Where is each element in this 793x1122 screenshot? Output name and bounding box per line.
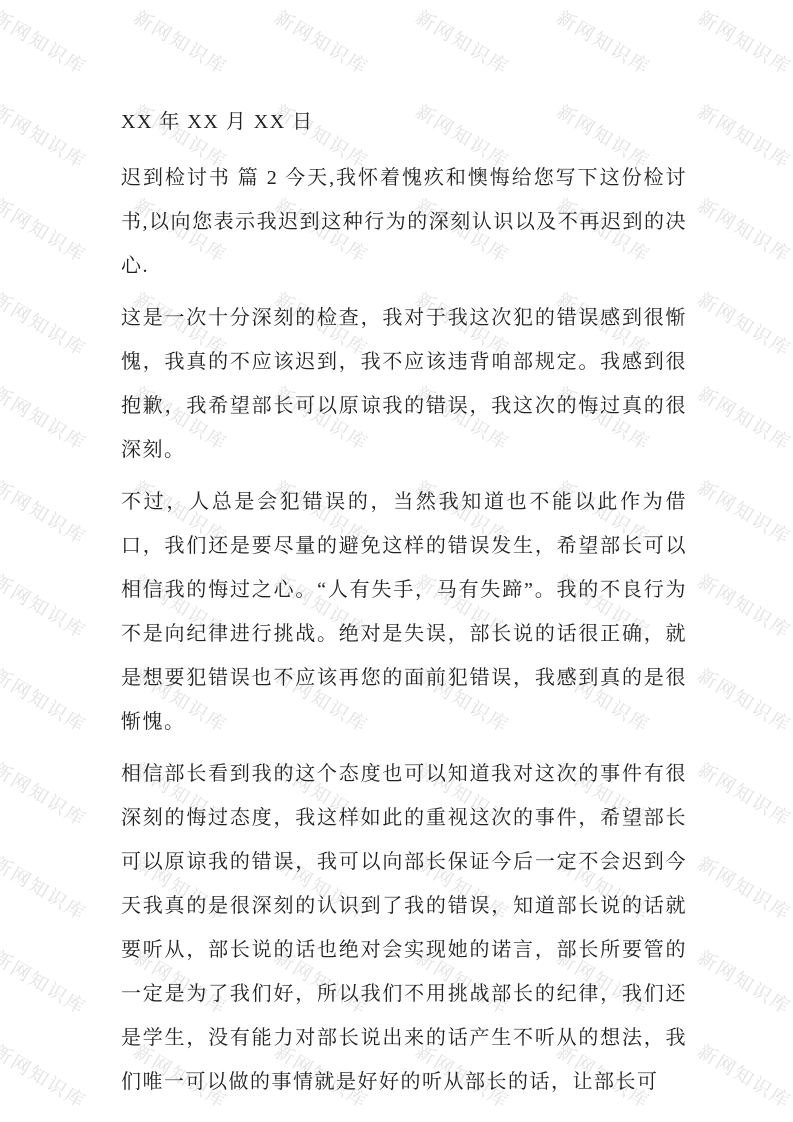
paragraph-promise: 相信部长看到我的这个态度也可以知道我对这次的事件有很深刻的悔过态度，我这样如此的… [121,752,687,1104]
watermark-text: 新网知识库 [0,473,92,550]
watermark-text: 新网知识库 [552,3,656,80]
watermark-text: 新网知识库 [0,191,92,268]
watermark-text: 新网知识库 [411,3,515,80]
paragraph-reflection: 不过，人总是会犯错误的，当然我知道也不能以此作为借口，我们还是要尽量的避免这样的… [121,480,687,744]
watermark-text: 新网知识库 [129,3,233,80]
date-line: XX 年 XX 月 XX 日 [121,100,687,144]
watermark-text: 新网知识库 [0,3,92,80]
paragraph-intro: 迟到检讨书 篇 2 今天,我怀着愧疚和懊悔给您写下这份检讨书,以向您表示我迟到这… [121,156,687,288]
watermark-text: 新网知识库 [693,661,793,738]
watermark-text: 新网知识库 [693,943,793,1020]
watermark-text: 新网知识库 [693,473,793,550]
watermark-text: 新网知识库 [0,285,92,362]
watermark-text: 新网知识库 [0,1037,92,1114]
watermark-text: 新网知识库 [693,379,793,456]
watermark-text: 新网知识库 [0,661,92,738]
watermark-text: 新网知识库 [693,1037,793,1114]
watermark-text: 新网知识库 [0,943,92,1020]
watermark-text: 新网知识库 [693,3,793,80]
watermark-text: 新网知识库 [693,191,793,268]
watermark-text: 新网知识库 [270,3,374,80]
watermark-text: 新网知识库 [0,849,92,926]
watermark-text: 新网知识库 [0,567,92,644]
watermark-text: 新网知识库 [0,379,92,456]
watermark-text: 新网知识库 [693,849,793,926]
watermark-text: 新网知识库 [0,97,92,174]
watermark-text: 新网知识库 [0,755,92,832]
watermark-text: 新网知识库 [693,97,793,174]
document-content: XX 年 XX 月 XX 日 迟到检讨书 篇 2 今天,我怀着愧疚和懊悔给您写下… [121,100,687,1104]
watermark-text: 新网知识库 [693,755,793,832]
watermark-text: 新网知识库 [693,567,793,644]
document-page: 新网知识库新网知识库新网知识库新网知识库新网知识库新网知识库新网知识库新网知识库… [0,0,793,1122]
watermark-text: 新网知识库 [693,285,793,362]
paragraph-review: 这是一次十分深刻的检查，我对于我这次犯的错误感到很惭愧，我真的不应该迟到，我不应… [121,296,687,472]
